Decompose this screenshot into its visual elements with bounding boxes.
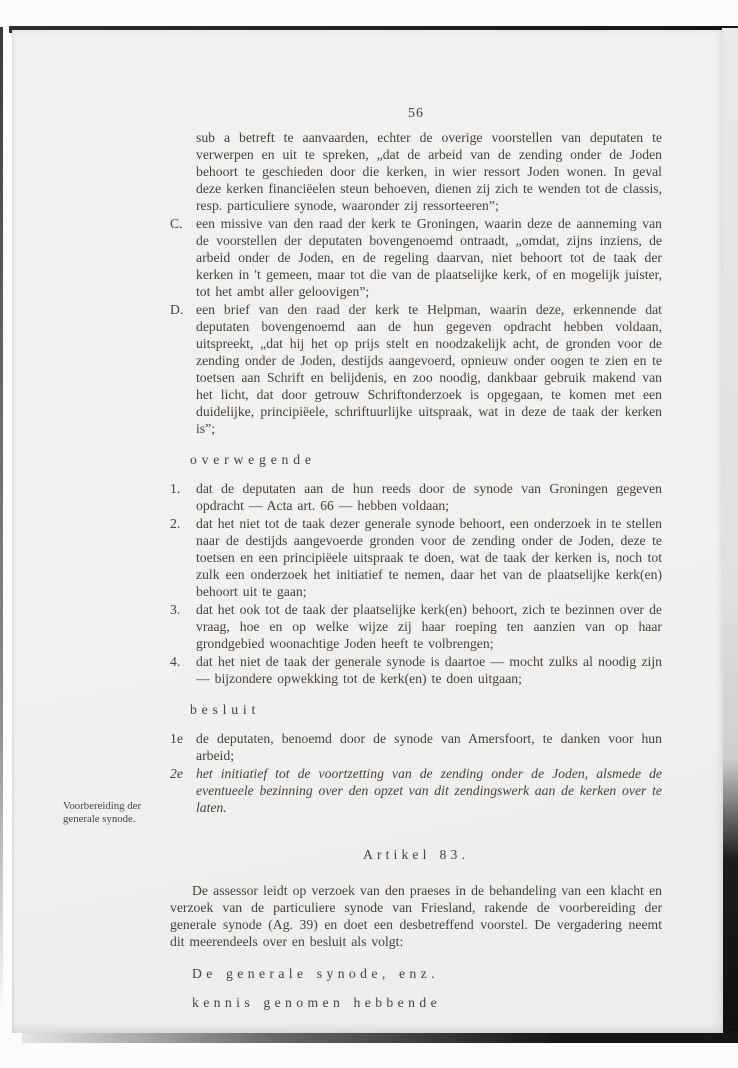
item-marker: 4.: [170, 653, 180, 670]
item-text: een missive van den raad der kerk te Gro…: [196, 216, 662, 299]
item-text: een brief van den raad der kerk te Helpm…: [196, 302, 662, 436]
item-text: dat de deputaten aan de hun reeds door d…: [196, 481, 662, 513]
besluit-item-1e: 1e de deputaten, benoemd door de synode …: [170, 730, 662, 764]
besluit-heading: besluit: [190, 701, 662, 718]
item-text: dat het ook tot de taak der plaatselijke…: [196, 602, 662, 651]
lettered-item-d: D. een brief van den raad der kerk te He…: [170, 301, 662, 437]
overwegende-item-2: 2. dat het niet tot de taak dezer genera…: [170, 515, 662, 600]
book-edge-right: [722, 28, 738, 1043]
overwegende-item-4: 4. dat het niet de taak der generale syn…: [170, 653, 662, 687]
besluit-item-2e: 2e het initiatief tot de voortzetting va…: [170, 765, 662, 816]
overwegende-item-1: 1. dat de deputaten aan de hun reeds doo…: [170, 480, 662, 514]
overwegende-item-3: 3. dat het ook tot de taak der plaatseli…: [170, 601, 662, 652]
item-marker: D.: [170, 301, 183, 318]
book-spine-left: [0, 27, 3, 1017]
generale-synode-line: De generale synode, enz.: [192, 965, 662, 982]
lettered-item-c: C. een missive van den raad der kerk te …: [170, 215, 662, 300]
item-marker: C.: [170, 215, 183, 232]
article-83-paragraph: De assessor leidt op verzoek van den pra…: [170, 882, 662, 950]
book-page: 56 Voorbereiding der generale synode. su…: [12, 30, 723, 1033]
overwegende-heading: overwegende: [190, 451, 662, 468]
item-text: dat het niet tot de taak dezer generale …: [196, 516, 662, 599]
item-marker: 1e: [170, 730, 183, 747]
item-text: het initiatief tot de voortzetting van d…: [196, 766, 662, 815]
item-marker: 2.: [170, 515, 180, 532]
margin-note: Voorbereiding der generale synode.: [63, 800, 169, 826]
item-marker: 2e: [170, 765, 183, 782]
item-text: de deputaten, benoemd door de synode van…: [196, 731, 662, 763]
continuation-paragraph: sub a betreft te aanvaarden, echter de o…: [170, 129, 662, 214]
item-marker: 3.: [170, 601, 180, 618]
item-text: dat het niet de taak der generale synode…: [196, 654, 662, 686]
text-column: sub a betreft te aanvaarden, echter de o…: [170, 129, 662, 1011]
article-83-heading: Artikel 83.: [170, 846, 662, 863]
page-number: 56: [170, 106, 662, 122]
item-marker: 1.: [170, 480, 180, 497]
kennis-genomen-line: kennis genomen hebbende: [192, 994, 662, 1011]
